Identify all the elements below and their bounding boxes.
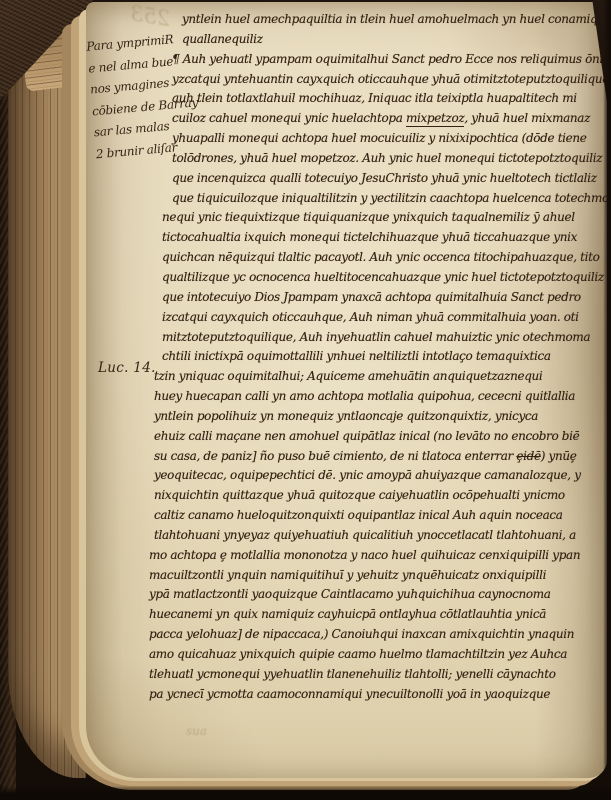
- main-text: yntlein huel amechpaquiltia in tlein hue…: [146, 10, 607, 705]
- text-line: mitztoteputztoquilique, Auh inyehuatlin …: [146, 328, 607, 348]
- text-line: auh tlein totlaxtlahuil mochihuaz, Iniqu…: [146, 89, 607, 109]
- text-line: tzin yniquac oquimitalhui; Aquiceme ameh…: [146, 367, 607, 387]
- text-line: nequi ynic tiequixtizque tiquiquanizque …: [146, 208, 607, 228]
- text-line: yntlein popolihuiz yn monequiz yntlaonca…: [146, 407, 607, 427]
- text-line: cuiloz cahuel monequi ynic huelachtopa m…: [146, 109, 607, 129]
- struck-word: ȩidē: [516, 449, 540, 463]
- text-segment: cuiloz cahuel monequi ynic huelachtopa: [172, 111, 406, 125]
- text-line: quichcan nēquizqui tlaltic pacayotl. Auh…: [146, 248, 607, 268]
- text-line: huey huecapan calli yn amo achtopa motla…: [146, 387, 607, 407]
- text-line: yntlein huel amechpaquiltia in tlein hue…: [146, 10, 607, 30]
- text-line: yzcatqui yntehuantin cayxquich oticcauhq…: [146, 70, 607, 90]
- manuscript-photo: 253 Para ymprimiR e nel alma bue nos yma…: [0, 0, 611, 800]
- text-line: ehuiz calli maçane nen amohuel quipātlaz…: [146, 427, 607, 447]
- text-line: ypā matlactzontli yaoquizque Caintlacamo…: [146, 585, 607, 605]
- manuscript-page: 253 Para ymprimiR e nel alma bue nos yma…: [86, 2, 607, 778]
- right-edge-shadow: [603, 0, 611, 800]
- text-line: tictocahualtia ixquich monequi tictelchi…: [146, 228, 607, 248]
- text-line: que tiquicuilozque iniqualtilitzin y yec…: [146, 189, 607, 209]
- text-line: macuiltzontli ynquin namiquitihuī y yehu…: [146, 566, 607, 586]
- text-line: huecanemi yn quix namiquiz cayhuicpā ont…: [146, 605, 607, 625]
- text-line: tlahtohuani ynyeyaz quiyehuatiuh quicali…: [146, 526, 607, 546]
- text-line: amo quicahuaz ynixquich quipie caamo hue…: [146, 645, 607, 665]
- text-segment: ) ynūȩ: [541, 449, 577, 463]
- text-line: mo achtopa ȩ motlallia mononotza y naco …: [146, 546, 607, 566]
- text-segment: su casa, de paniz] ño puso buē cimiento,…: [154, 449, 516, 463]
- text-line: pa ycnecī ycmotta caamoconnamiqui ynecui…: [146, 685, 607, 705]
- text-line: chtili inictixpā oquimottallili ynhuei n…: [146, 347, 607, 367]
- text-line: que intotecuiyo Dios Jpampam ynaxcā acht…: [146, 288, 607, 308]
- text-line: izcatqui cayxquich oticcauhque, Auh nima…: [146, 308, 607, 328]
- text-line: su casa, de paniz] ño puso buē cimiento,…: [146, 447, 607, 467]
- text-line: qualtilizque yc ocnocenca hueltitocencah…: [146, 268, 607, 288]
- bottom-edge-shadow: [0, 786, 611, 800]
- text-line: quallanequiliz: [146, 30, 607, 50]
- text-line: yhuapalli monequi achtopa huel mocuicuil…: [146, 129, 607, 149]
- text-line: ¶ Auh yehuatl ypampam oquimitalhui Sanct…: [146, 50, 607, 70]
- text-line: tlehuatl ycmonequi yyehuatlin tlanenehui…: [146, 665, 607, 685]
- text-line: pacca yelohuaz] de nipaccaca,) Canoiuhqu…: [146, 625, 607, 645]
- text-line: tolōdrones, yhuā huel mopetzoz. Auh ynic…: [146, 149, 607, 169]
- text-line: nixquichtin quittazque yhuā quitozque ca…: [146, 486, 607, 506]
- underlined-word: mixpetzoz: [406, 111, 464, 127]
- text-line: yeoquitecac, oquipepechtici dē. ynic amo…: [146, 466, 607, 486]
- text-segment: , yhuā huel mixmanaz: [464, 111, 590, 125]
- bleedthrough-word: sua: [186, 724, 207, 738]
- text-line: caltiz canamo hueloquitzonquixti oquipan…: [146, 506, 607, 526]
- text-line: que incenquizca qualli totecuiyo JesuChr…: [146, 169, 607, 189]
